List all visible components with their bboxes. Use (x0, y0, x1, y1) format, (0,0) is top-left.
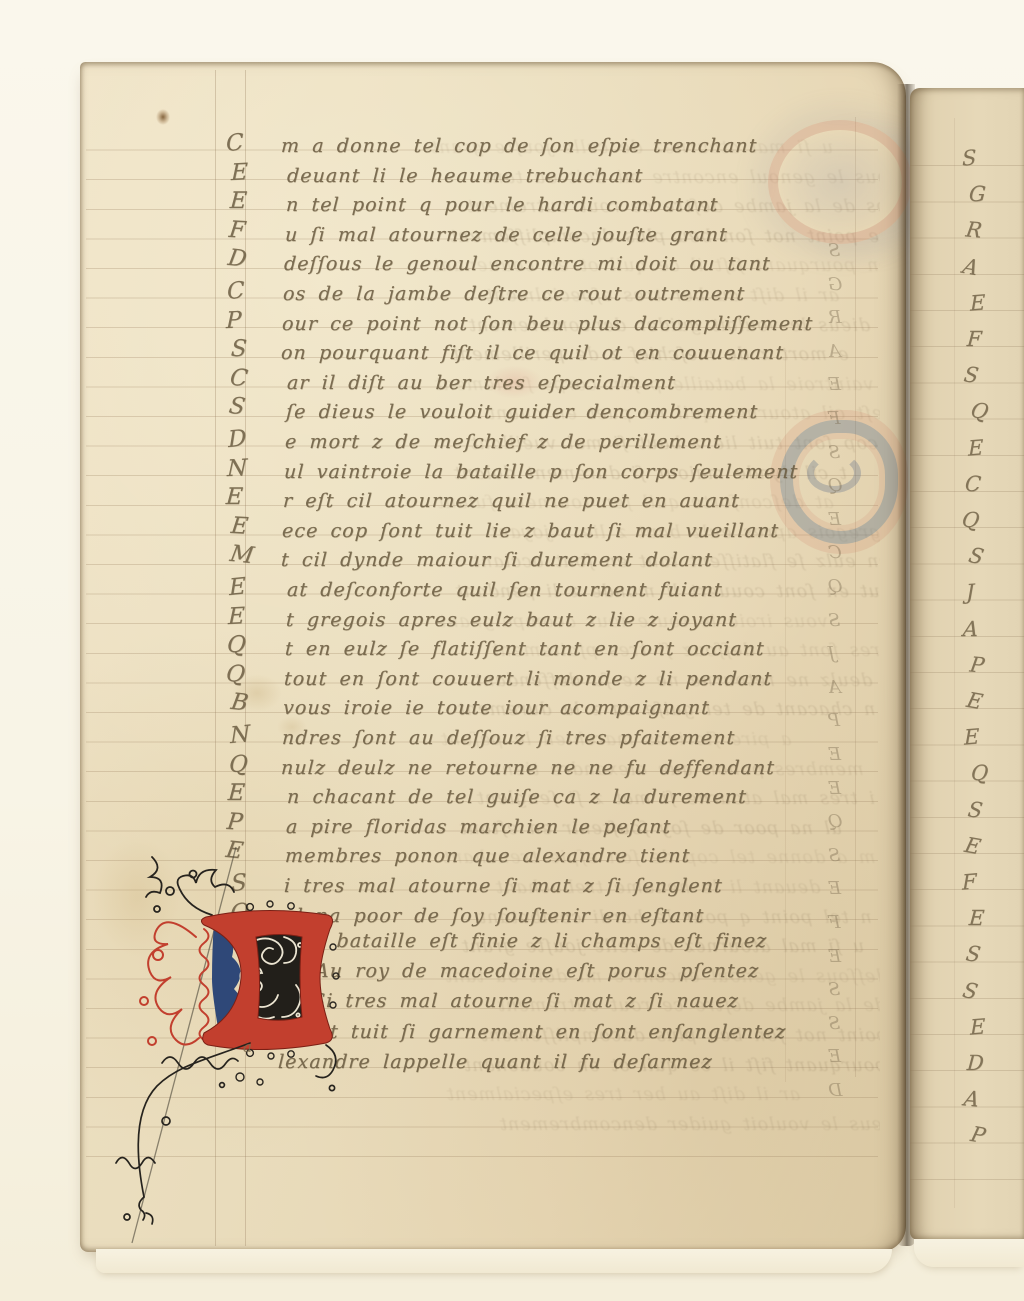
bleedthrough-line: deſſous le genoul encontre mi doit ou ta… (482, 168, 880, 188)
bleedthrough-line: t gregois apres eulz baut z lie z joyant (488, 523, 880, 543)
verse-initial-letter: E (229, 188, 273, 214)
ruling-vertical-left-outer (215, 70, 216, 1246)
facing-folio-rulings (910, 130, 1024, 1200)
verse-line: membres ponon que alexandre tient (284, 842, 691, 872)
verse-line: t gregois apres eulz baut z lie z joyant (285, 606, 738, 636)
bleedthrough-line: u ſi mal atournez de celle jouſte grant (429, 138, 833, 158)
bleedthrough-line: ul vaintroie la bataille p ſon corps ſeu… (433, 375, 880, 395)
facing-initial-letter: Q (960, 507, 981, 532)
verse-line: ul vaintroie la bataille p ſon corps ſeu… (283, 458, 799, 488)
verse-line: r eſt cil atournez quil ne puet en auant (282, 487, 740, 517)
bleedthrough-line: i tres mal atourne ſi mat z ſi ſenglent (475, 789, 875, 809)
bleedthrough-margin-letter: S (828, 1013, 840, 1034)
initial-blue-band (212, 923, 242, 1039)
verse-initial-letter: B (229, 689, 275, 719)
bleedthrough-margin-letter: A (828, 677, 841, 698)
bleedthrough-line: ſe dieus le vouloit guider dencombrement (498, 1115, 880, 1135)
ruling-vertical-left-inner (245, 70, 246, 1246)
facing-initial-letter: Q (968, 398, 991, 425)
bleedthrough-margin-letter: S (828, 610, 840, 631)
bleedthrough-margin-letter: C (828, 542, 842, 563)
bleedthrough-line: ſe dieus le vouloit guider dencombrement (467, 316, 880, 336)
closing-line: Si tres mal atourne ſi mat z ſi nauez (311, 987, 739, 1017)
facing-initial-letter: A (960, 253, 981, 279)
bleedthrough-margin-letter: Q (828, 811, 843, 832)
bleedthrough-line: os de la jambe deſtre ce rout outrement (496, 996, 880, 1016)
verse-line: ndres ſont au deſſouz ſi tres pfaitement (281, 724, 736, 754)
black-flourish-tail (116, 1043, 336, 1224)
verse-initial-letter: S (227, 393, 273, 423)
ruling-vertical-right-inner (785, 352, 786, 1082)
bleedthrough-line: ar il diſt au ber tres eſpecialment (484, 286, 839, 306)
facing-initial-letter: P (968, 652, 986, 677)
facing-initial-letter: A (962, 1087, 981, 1112)
bleedthrough-line: our ce point not ſon beu plus dacompliſſ… (448, 227, 880, 247)
verse-initial-letter: E (229, 571, 272, 601)
verse-initial-letter: N (230, 719, 273, 749)
bleedthrough-margin-letter: G (828, 274, 842, 295)
verse-line: at deſconforte quil ſen tournent fuiant (286, 576, 723, 606)
verse-line: a pire floridas marchien le peſant (285, 813, 672, 843)
bleedthrough-line: membres ponon que alexandre tient (492, 760, 864, 780)
initial-vine-panel (248, 931, 308, 1027)
bleedthrough-line: tout en ſont couuert li monde z li penda… (454, 582, 880, 602)
verse-line: ul na poor de ſoy ſouſtenir en eſtant (282, 902, 705, 932)
bleedthrough-roundel-stain (768, 120, 912, 244)
black-flourish-top (146, 857, 234, 915)
verse-line: nulz deulz ne retourne ne ne fu deffenda… (280, 754, 776, 784)
facing-initial-letter: G (968, 182, 986, 206)
facing-initial-letter: Q (970, 761, 989, 785)
bleedthrough-margin-letter: Q (828, 576, 843, 597)
bleedthrough-margin-letter: E (828, 946, 841, 967)
bleedthrough-margin-letter: S (828, 240, 840, 261)
underpage-edge-left (96, 1249, 892, 1273)
verse-line: on pourquant fiſt il ce quil ot en couue… (280, 339, 785, 369)
closing-line: Et tuit ſi garnement en ſont enſanglente… (314, 1018, 787, 1048)
verse-line: n chacant de tel guiſe ca z la durement (286, 783, 747, 813)
verse-line: i tres mal atourne ſi mat z ſi ſenglent (283, 872, 723, 902)
bleedthrough-line: t en eulz ſe flatiſſent tant en ſont occ… (471, 552, 880, 572)
bleedthrough-margin-letter: E (828, 1046, 841, 1067)
verse-line: ar il diſt au ber tres eſpecialment (286, 369, 676, 399)
verse-initial-letter: S (231, 867, 274, 897)
verse-line: vous iroie ie toute iour acompaignant (282, 694, 710, 724)
bleedthrough-line: deuant li le heaume trebuchant (494, 878, 820, 898)
facing-initial-letter: E (964, 725, 980, 750)
verse-initial-letter: P (226, 809, 271, 837)
bleedthrough-line: a pire floridas marchien le peſant (439, 730, 791, 750)
bleedthrough-line: os de la jambe deſtre ce rout outrement (465, 197, 880, 217)
facing-initial-letter: E (970, 1014, 986, 1039)
verse-line: deuant li le heaume trebuchant (286, 162, 644, 192)
verse-line: deſſous le genoul encontre mi doit ou ta… (283, 250, 771, 280)
verse-initial-letter: Q (230, 898, 273, 926)
closing-line: a bataille eſt finie z li champs eſt fin… (311, 927, 768, 957)
verse-line: ſe dieus le vouloit guider dencombrement (285, 398, 759, 428)
ruling-horizontal-lines (86, 121, 878, 1169)
bleedthrough-line: m a donne tel cop de ſon eſpie trenchant (441, 848, 875, 868)
penwork-pearls (236, 901, 339, 1085)
bleedthrough-margin-letter: Q (828, 475, 843, 496)
initial-red-body (201, 910, 332, 1049)
facing-initial-letter: E (968, 906, 985, 930)
facing-initial-letter: S (964, 942, 982, 967)
verse-line: t en eulz ſe flatiſſent tant en ſont occ… (284, 635, 765, 665)
verse-initial-letter: P (226, 306, 269, 334)
verse-initial-letter: E (228, 602, 271, 630)
verse-line: tout en ſont couuert li monde z li penda… (283, 665, 773, 695)
bleedthrough-line: r eſt cil atournez quil ne puet en auant (486, 404, 880, 424)
bleedthrough-margin-letter: D (828, 1080, 842, 1101)
bleedthrough-margin-letter: P (828, 710, 840, 731)
verse-initial-letter: C (227, 275, 270, 305)
stain-tan-patch-small (272, 712, 312, 742)
verse-initial-letter: N (227, 454, 270, 482)
closing-line: lexandre lappelle quant il fu deſarmez (277, 1048, 713, 1078)
closing-line: Au roy de macedoine eſt porus pſentez (314, 957, 760, 987)
facing-initial-letter: P (968, 1122, 988, 1148)
bleedthrough-line: vous iroie ie toute iour acompaignant (437, 612, 828, 632)
verse-line: e mort z de meſchief z de perillement (284, 428, 722, 458)
verse-initial-letter: E (231, 158, 274, 186)
facing-initial-letter: D (966, 1051, 985, 1075)
manuscript-page: u ſi mal atournez de celle jouſte grantd… (80, 62, 906, 1252)
bleedthrough-line: at deſconforte quil ſen tournent fuiant (435, 493, 834, 513)
bleedthrough-margin-letter: E (828, 744, 841, 765)
facing-folio-edge: SGRAEFSQECQSJAPEEQSEFESSEDAP (910, 88, 1024, 1240)
facing-initial-letter: S (966, 797, 984, 822)
facing-initial-letter: A (962, 617, 979, 641)
stain-soft-left (82, 822, 192, 972)
bleedthrough-margin-letter: S (828, 979, 840, 1000)
verse-initial-letter: D (226, 245, 272, 275)
verse-line: our ce point not ſon beu plus dacompliſſ… (281, 310, 814, 340)
verse-initial-letter: S (230, 336, 274, 362)
bleedthrough-line: deſſous le genoul encontre mi doit ou ta… (443, 967, 880, 987)
illuminated-initial-svg (100, 845, 350, 1245)
facing-initial-letter: E (968, 435, 984, 460)
initial-vine-scrolls (240, 937, 302, 1019)
verse-initial-letter: M (228, 541, 274, 571)
underpage-edge-right (914, 1239, 1024, 1267)
verse-line: ece cop ſont tuit lie z baut ſi mal vuei… (281, 517, 780, 547)
verse-line: t cil dynde maiour ſi durement dolant (280, 546, 714, 576)
verse-initial-letter: Q (226, 632, 270, 658)
bleedthrough-line: n tel point q pour le hardi combatant (477, 908, 872, 928)
verse-initial-letter: E (230, 513, 275, 541)
facing-folio-vertical-rule (954, 118, 955, 1208)
facing-initial-letter: E (970, 290, 986, 315)
facing-initial-letter: S (962, 145, 977, 170)
verse-initial-letter: E (227, 780, 271, 806)
verse-line: m a donne tel cop de ſon eſpie trenchant (280, 132, 758, 162)
facing-initial-letter: S (962, 363, 980, 388)
bleedthrough-layer: u ſi mal atournez de celle jouſte grantd… (280, 62, 880, 1202)
verse-initial-letter: E (225, 484, 269, 510)
facing-initial-letter: F (966, 327, 982, 351)
facing-initial-letter: S (966, 543, 986, 569)
diagonal-hairline (132, 847, 236, 1243)
verse-initial-letter: C (226, 127, 269, 157)
bleedthrough-margin-letter: E (828, 778, 841, 799)
bleedthrough-margin-letter: J (828, 643, 835, 664)
stain-pink-smudge (476, 360, 552, 404)
bleedthrough-margin-letter: F (828, 912, 841, 933)
verse-initial-letter: Q (229, 750, 272, 778)
verse-line: u ſi mal atournez de celle jouſte grant (284, 221, 728, 251)
bleedthrough-line: ar il diſt au ber tres eſpecialment (445, 1085, 800, 1105)
verse-initial-letter: F (228, 217, 273, 245)
bleedthrough-line: nulz deulz ne retourne ne ne fu deffenda… (473, 671, 880, 691)
facing-initial-letter: R (964, 218, 983, 243)
stain-dark-spot (156, 109, 170, 125)
bleedthrough-margin-letter: S (828, 442, 840, 463)
ruling-vertical-right-outer (855, 117, 856, 1077)
verse-initial-letter: Q (225, 661, 270, 689)
illuminated-initial (100, 845, 350, 1245)
bleedthrough-line: on pourquant fiſt il ce quil ot en couue… (462, 1056, 880, 1076)
bleedthrough-line: e mort z de meſchief z de perillement (450, 345, 849, 365)
bleedthrough-margin-letter: F (828, 408, 841, 429)
facing-initial-letter: S (960, 978, 980, 1004)
facing-initial-letter: C (964, 472, 982, 496)
facing-initial-letter: F (962, 869, 977, 894)
verse-line: n tel point q pour le hardi combatant (285, 191, 719, 221)
bleedthrough-line: ece cop ſont tuit lie z baut ſi mal vuei… (469, 434, 880, 454)
bleedthrough-line: ndres ſont au deſſouz ſi tres pfaitement (490, 641, 880, 661)
stain-tan-patch (224, 668, 290, 718)
bleedthrough-margin-letter: E (828, 878, 841, 899)
facing-initial-letter: E (964, 688, 985, 714)
verse-line: os de la jambe deſtre ce rout outrement (282, 280, 746, 310)
bleedthrough-line: u ſi mal atournez de celle jouſte grant (460, 937, 864, 957)
verse-initial-letter: D (228, 423, 271, 453)
bleedthrough-line: n chacant de tel guiſe ca z la durement (456, 700, 875, 720)
penwork-red-flourish (140, 922, 209, 1045)
verse-initial-letter: E (224, 837, 270, 867)
bleedthrough-margin-letter: E (828, 374, 841, 395)
facing-initial-letter: J (966, 580, 975, 605)
bleedthrough-margin-letter: R (828, 307, 842, 328)
facing-initial-letter: E (962, 833, 983, 859)
bleedthrough-margin-letter: A (828, 341, 841, 362)
bleedthrough-initial (780, 420, 898, 544)
bleedthrough-line: t cil dynde maiour ſi durement dolant (452, 464, 847, 484)
verse-initial-letter: C (229, 365, 274, 393)
bleedthrough-margin-letter: S (828, 845, 840, 866)
bleedthrough-line: on pourquant fiſt il ce quil ot en couue… (431, 256, 880, 276)
bleedthrough-line: our ce point not ſon beu plus dacompliſſ… (479, 1026, 880, 1046)
bleedthrough-margin-letter: E (828, 509, 841, 530)
photo-background: { "document": { "kind_label": "medieval … (0, 0, 1024, 1301)
